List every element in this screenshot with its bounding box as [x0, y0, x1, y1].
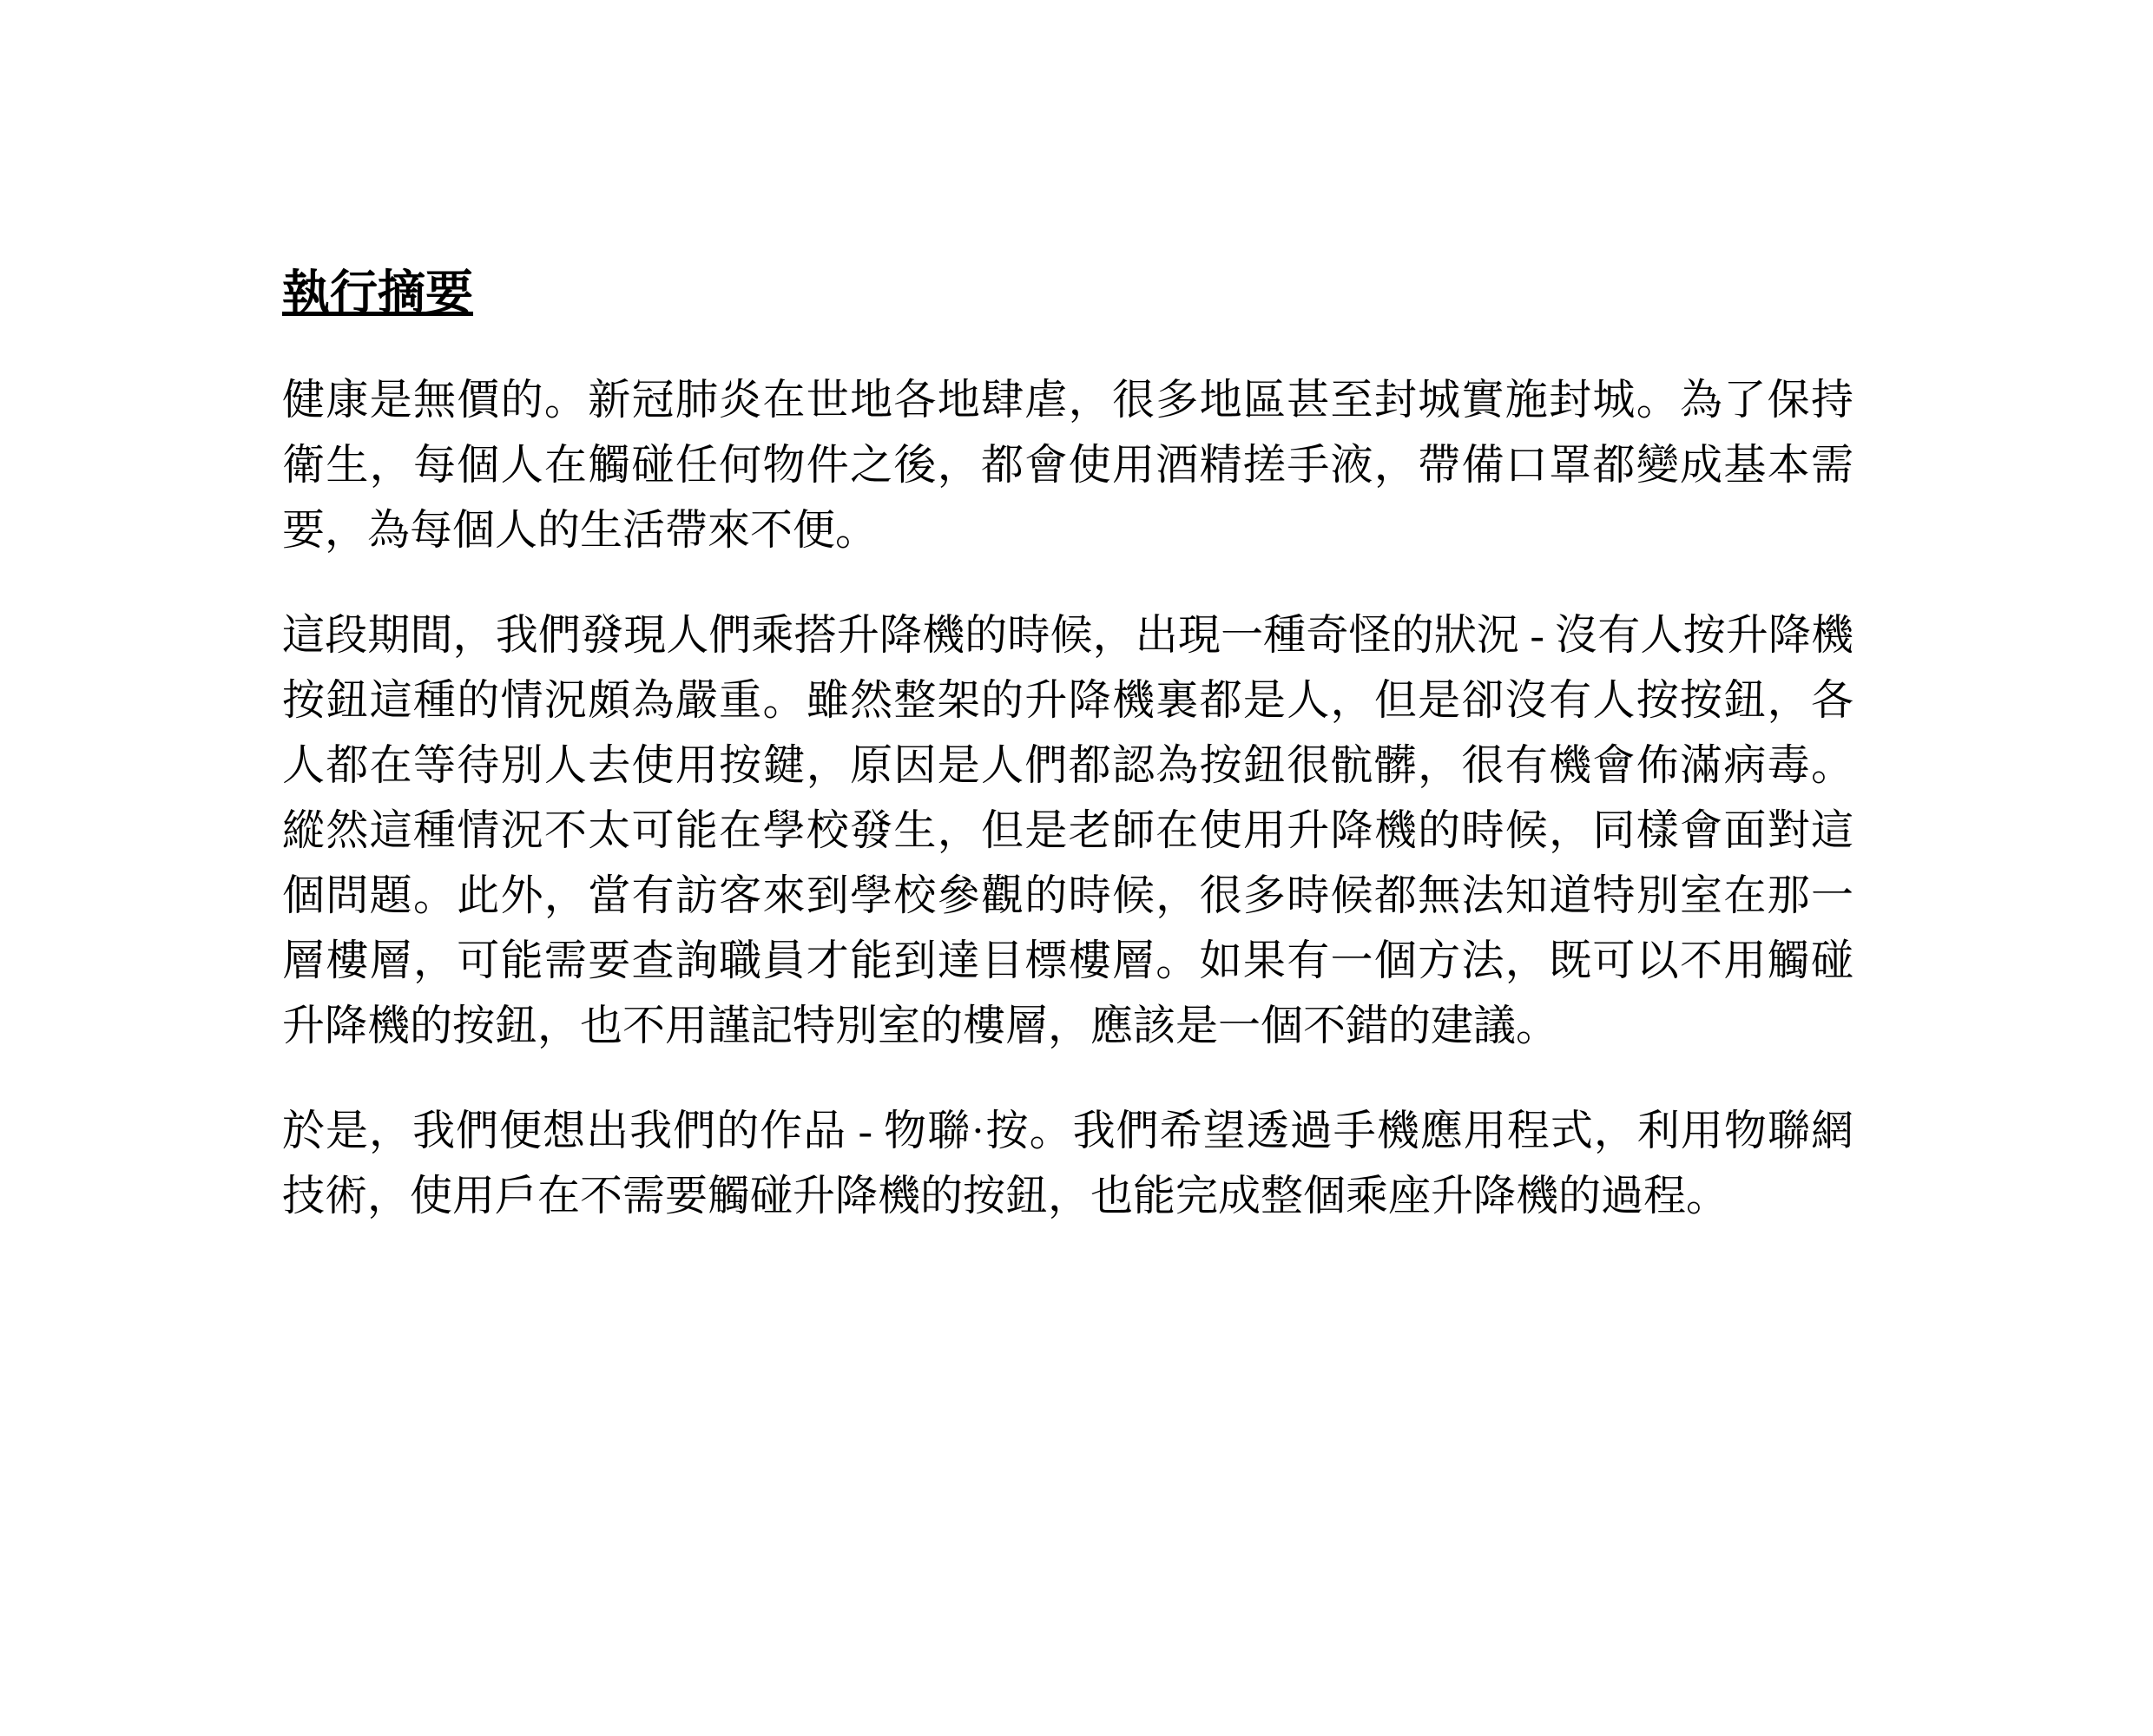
- section-heading: 執行摘要: [282, 260, 1853, 325]
- paragraph-2: 這段期間，我們發現人們乘搭升降機的時候，出現一種奇怪的狀況 - 沒有人按升降機按…: [282, 602, 1853, 1058]
- paragraph-3: 於是，我們便想出我們的作品 - 物聯·按。我們希望透過手機應用程式，利用物聯網技…: [282, 1098, 1853, 1228]
- document-body: 執行摘要 健康是無價的。新冠肺炎在世地各地肆虐，很多地區甚至封城實施封城。為了保…: [282, 260, 1853, 1268]
- document-page: 執行摘要 健康是無價的。新冠肺炎在世地各地肆虐，很多地區甚至封城實施封城。為了保…: [0, 0, 2153, 1736]
- paragraph-1: 健康是無價的。新冠肺炎在世地各地肆虐，很多地區甚至封城實施封城。為了保持衛生，每…: [282, 367, 1853, 562]
